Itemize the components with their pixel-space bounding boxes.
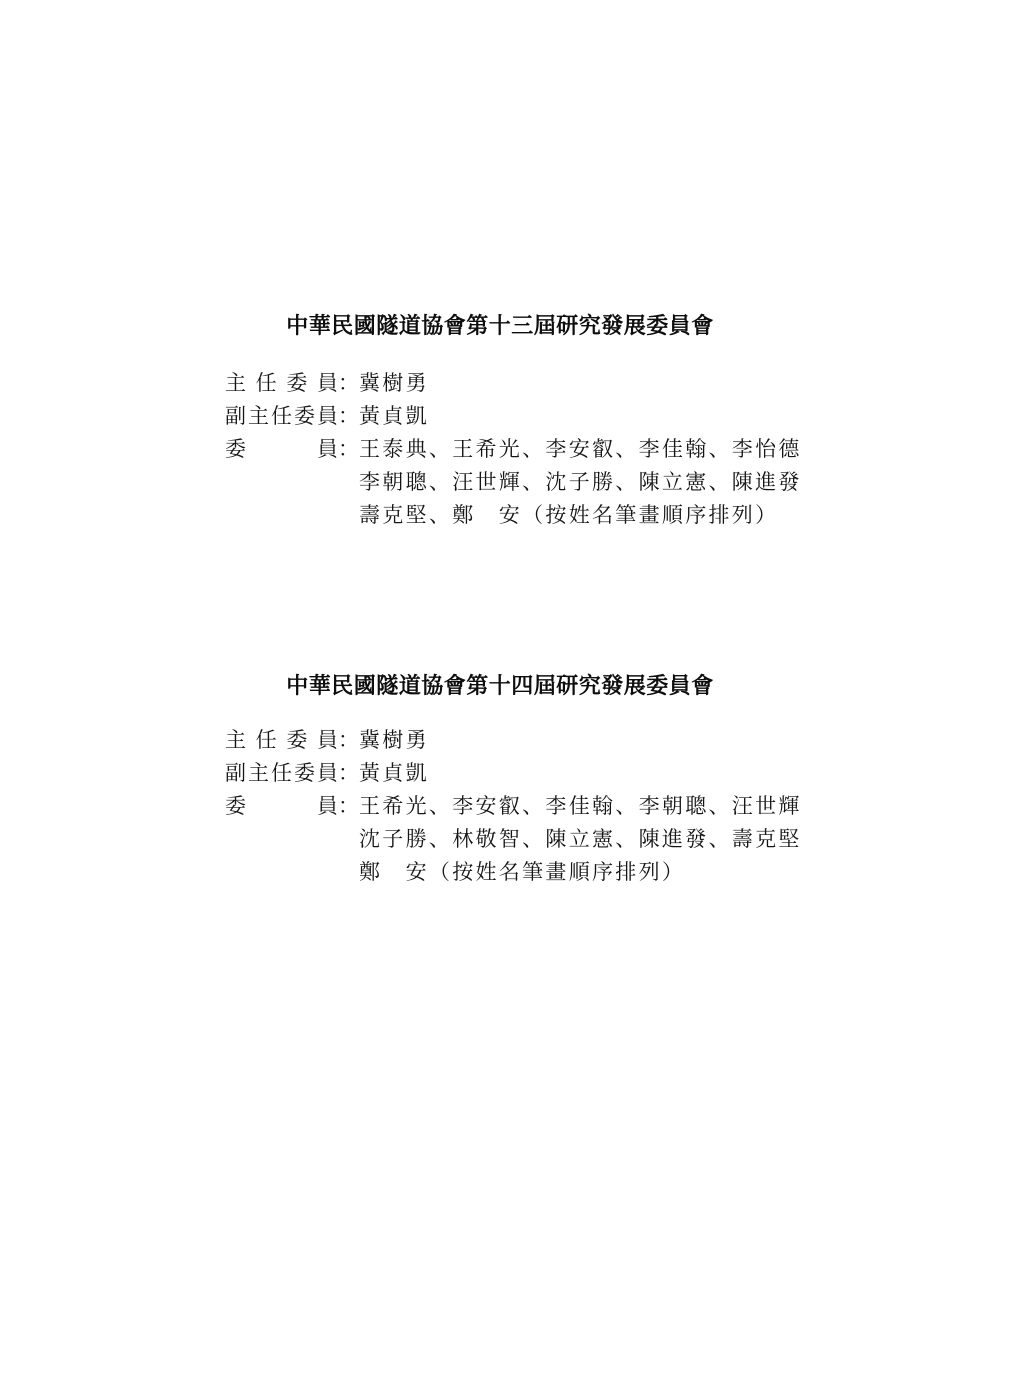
section-14-body: 主任委員： 冀樹勇 副主任委員： 黃貞凱 委員： 王希光、李安叡、李佳翰、李朝聰… [225,724,865,889]
row-colon: ： [338,367,359,400]
row-colon: ： [338,724,359,757]
value-line: 冀樹勇 [359,724,429,757]
row-colon: ： [338,790,359,823]
row-label: 委員 [225,433,338,466]
row-values: 冀樹勇 [359,724,429,757]
row-label: 主任委員 [225,724,338,757]
row-label: 副主任委員 [225,400,338,433]
row-label: 委員 [225,790,338,823]
row-values: 黃貞凱 [359,400,429,433]
row-members: 委員： 王泰典、王希光、李安叡、李佳翰、李怡德 李朝聰、汪世輝、沈子勝、陳立憲、… [225,433,865,532]
row-members: 委員： 王希光、李安叡、李佳翰、李朝聰、汪世輝 沈子勝、林敬智、陳立憲、陳進發、… [225,790,865,889]
row-label: 副主任委員 [225,757,338,790]
value-line: 黃貞凱 [359,757,429,790]
row-vice-chairman: 副主任委員： 黃貞凱 [225,757,865,790]
row-values: 冀樹勇 [359,367,429,400]
row-colon: ： [338,757,359,790]
value-line: 冀樹勇 [359,367,429,400]
row-values: 王希光、李安叡、李佳翰、李朝聰、汪世輝 沈子勝、林敬智、陳立憲、陳進發、壽克堅 … [359,790,802,889]
row-colon: ： [338,433,359,466]
value-line: 黃貞凱 [359,400,429,433]
section-14-title: 中華民國隧道協會第十四屆研究發展委員會 [0,673,1000,699]
member-line: 壽克堅、鄭 安（按姓名筆畫順序排列） [359,499,802,532]
row-vice-chairman: 副主任委員： 黃貞凱 [225,400,865,433]
member-line: 王希光、李安叡、李佳翰、李朝聰、汪世輝 [359,790,802,823]
member-line: 李朝聰、汪世輝、沈子勝、陳立憲、陳進發 [359,466,802,499]
section-13-body: 主任委員： 冀樹勇 副主任委員： 黃貞凱 委員： 王泰典、王希光、李安叡、李佳翰… [225,367,865,532]
row-values: 王泰典、王希光、李安叡、李佳翰、李怡德 李朝聰、汪世輝、沈子勝、陳立憲、陳進發 … [359,433,802,532]
row-chairman: 主任委員： 冀樹勇 [225,367,865,400]
row-label: 主任委員 [225,367,338,400]
document-page: 中華民國隧道協會第十三屆研究發展委員會 主任委員： 冀樹勇 副主任委員： 黃貞凱… [0,0,1024,1400]
member-line: 沈子勝、林敬智、陳立憲、陳進發、壽克堅 [359,823,802,856]
row-values: 黃貞凱 [359,757,429,790]
member-line: 王泰典、王希光、李安叡、李佳翰、李怡德 [359,433,802,466]
section-13-title: 中華民國隧道協會第十三屆研究發展委員會 [0,313,1000,339]
member-line: 鄭 安（按姓名筆畫順序排列） [359,856,802,889]
row-chairman: 主任委員： 冀樹勇 [225,724,865,757]
row-colon: ： [338,400,359,433]
